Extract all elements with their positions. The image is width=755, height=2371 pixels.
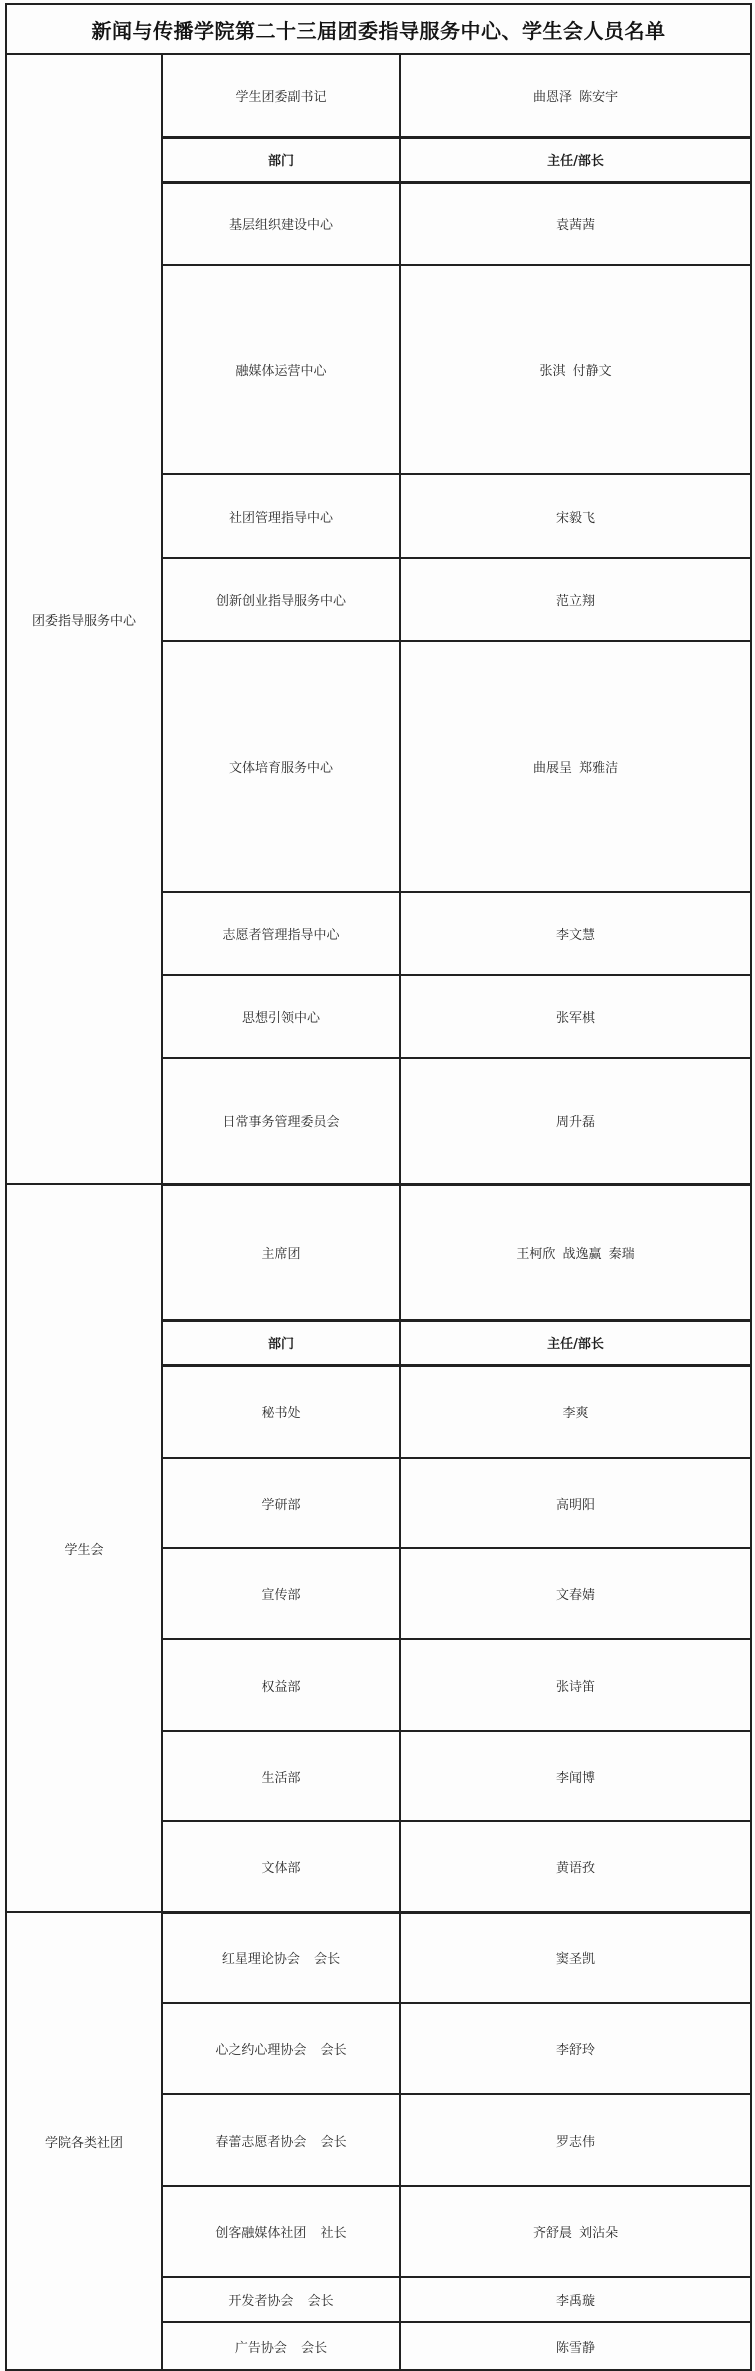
department-cell: 红星理论协会 会长 [162,1912,400,2003]
leader-cell: 周升磊 [400,1058,751,1184]
column-header-leader: 主任/部长 [400,137,751,182]
department-cell: 创客融媒体社团 社长 [162,2186,400,2277]
column-header-leader: 主任/部长 [400,1320,751,1365]
leader-cell: 张军棋 [400,975,751,1058]
department-cell: 学生团委副书记 [162,54,400,137]
group-label-league-committee: 团委指导服务中心 [6,54,162,1184]
column-header-department: 部门 [162,137,400,182]
department-cell: 心之约心理协会 会长 [162,2003,400,2094]
leader-cell: 张诗笛 [400,1639,751,1731]
leader-cell: 张淇 付静文 [400,265,751,474]
department-cell: 主席团 [162,1184,400,1320]
page-title: 新闻与传播学院第二十三届团委指导服务中心、学生会人员名单 [6,4,751,54]
title-row: 新闻与传播学院第二十三届团委指导服务中心、学生会人员名单 [6,4,751,54]
department-cell: 融媒体运营中心 [162,265,400,474]
department-cell: 日常事务管理委员会 [162,1058,400,1184]
department-cell: 秘书处 [162,1365,400,1458]
leader-cell: 宋毅飞 [400,474,751,558]
department-cell: 文体部 [162,1821,400,1912]
leader-cell: 李舒玲 [400,2003,751,2094]
roster-table: 新闻与传播学院第二十三届团委指导服务中心、学生会人员名单 团委指导服务中心 学生… [5,3,752,2371]
leader-cell: 袁茜茜 [400,182,751,265]
department-cell: 学研部 [162,1458,400,1548]
department-cell: 权益部 [162,1639,400,1731]
leader-cell: 王柯欣 战逸赢 秦瑞 [400,1184,751,1320]
department-cell: 宣传部 [162,1548,400,1639]
leader-cell: 黄语孜 [400,1821,751,1912]
leader-cell: 窦圣凯 [400,1912,751,2003]
department-cell: 创新创业指导服务中心 [162,558,400,641]
department-cell: 广告协会 会长 [162,2322,400,2370]
leader-cell: 齐舒晨 刘沾朵 [400,2186,751,2277]
department-cell: 志愿者管理指导中心 [162,892,400,975]
group-label-student-union: 学生会 [6,1184,162,1912]
leader-cell: 李爽 [400,1365,751,1458]
department-cell: 生活部 [162,1731,400,1821]
department-cell: 文体培育服务中心 [162,641,400,892]
department-cell: 思想引领中心 [162,975,400,1058]
table-row: 学院各类社团 红星理论协会 会长 窦圣凯 [6,1912,751,2003]
leader-cell: 李闻博 [400,1731,751,1821]
leader-cell: 陈雪静 [400,2322,751,2370]
column-header-department: 部门 [162,1320,400,1365]
department-cell: 社团管理指导中心 [162,474,400,558]
personnel-roster-page: 新闻与传播学院第二十三届团委指导服务中心、学生会人员名单 团委指导服务中心 学生… [0,0,755,2371]
leader-cell: 曲恩泽 陈安宇 [400,54,751,137]
leader-cell: 罗志伟 [400,2094,751,2186]
leader-cell: 范立翔 [400,558,751,641]
table-row: 学生会 主席团 王柯欣 战逸赢 秦瑞 [6,1184,751,1320]
group-label-college-societies: 学院各类社团 [6,1912,162,2370]
leader-cell: 李文慧 [400,892,751,975]
department-cell: 基层组织建设中心 [162,182,400,265]
table-row: 团委指导服务中心 学生团委副书记 曲恩泽 陈安宇 [6,54,751,137]
department-cell: 春蕾志愿者协会 会长 [162,2094,400,2186]
leader-cell: 文春婧 [400,1548,751,1639]
leader-cell: 高明阳 [400,1458,751,1548]
leader-cell: 曲展呈 郑雅洁 [400,641,751,892]
department-cell: 开发者协会 会长 [162,2277,400,2322]
leader-cell: 李禹璇 [400,2277,751,2322]
